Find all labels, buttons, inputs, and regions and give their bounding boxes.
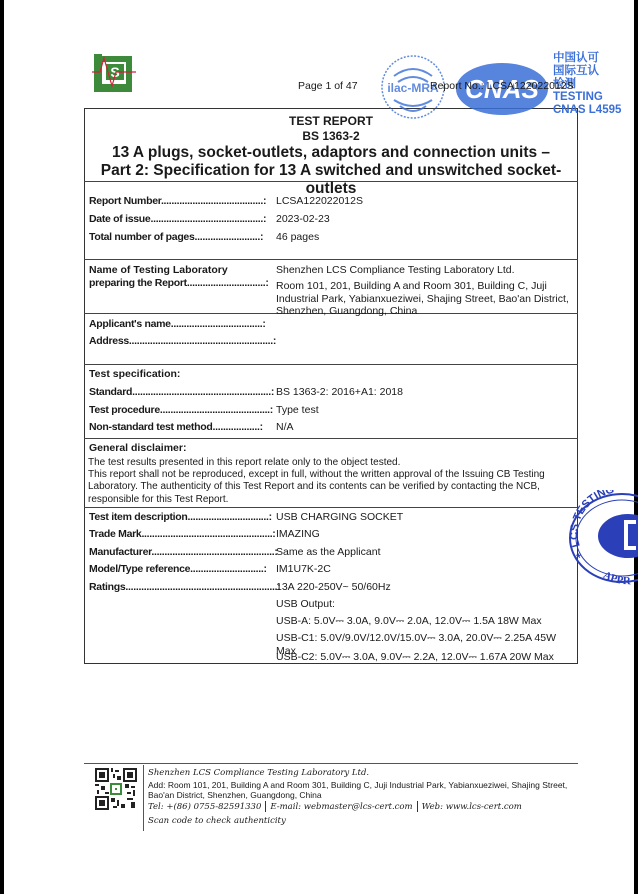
scan-edge-right	[634, 0, 638, 894]
test-item-value: USB CHARGING SOCKET	[276, 511, 403, 523]
test-item-label: Test item description...................…	[89, 511, 272, 523]
manufacturer-value: Same as the Applicant	[276, 546, 380, 558]
standard-value: BS 1363-2: 2016+A1: 2018	[276, 386, 403, 398]
model-label: Model/Type reference....................…	[89, 563, 267, 575]
lcs-logo-icon: S	[92, 52, 136, 94]
svg-text:*: *	[576, 551, 581, 565]
test-procedure-label: Test procedure..........................…	[89, 404, 273, 416]
test-spec-heading: Test specification:	[89, 368, 180, 380]
footer-contacts: Tel: +(86) 0755-82591330E-mail: webmaste…	[148, 801, 522, 812]
disclaimer-heading: General disclaimer:	[89, 442, 186, 454]
trade-mark-value: IMAZING	[276, 528, 320, 540]
address-label: Address.................................…	[89, 335, 276, 347]
report-number-label: Report Number...........................…	[89, 195, 266, 207]
usb-output-heading: USB Output:	[276, 598, 335, 610]
divider	[84, 259, 578, 260]
date-of-issue-value: 2023-02-23	[276, 213, 330, 225]
date-of-issue-label: Date of issue...........................…	[89, 213, 266, 225]
lab-preparing-label: preparing the Report....................…	[89, 277, 269, 289]
lcs-approval-stamp-icon: LCS TESTING APPR *	[566, 490, 638, 586]
disclaimer-line1: The test results presented in this repor…	[88, 457, 574, 469]
cn-accredited: 中国认可	[553, 52, 621, 65]
footer-separator	[143, 765, 144, 831]
ratings-label: Ratings.................................…	[89, 581, 280, 593]
footer-company: Shenzhen LCS Compliance Testing Laborato…	[148, 768, 369, 778]
lab-name-label: Name of Testing Laboratory	[89, 264, 228, 276]
report-number-header: Report No.: LCSA122022012S	[430, 80, 574, 92]
usb-c2-rating: USB-C2: 5.0V⎓ 3.0A, 9.0V⎓ 2.2A, 12.0V⎓ 1…	[276, 651, 554, 664]
non-standard-method-label: Non-standard test method................…	[89, 421, 263, 433]
footer-scan-note: Scan code to check authenticity	[148, 816, 286, 826]
model-value: IM1U7K-2C	[276, 563, 331, 575]
total-pages-label: Total number of pages...................…	[89, 231, 263, 243]
applicant-name-label: Applicant's name........................…	[89, 318, 266, 330]
contact-separator	[265, 801, 266, 812]
disclaimer-body: This report shall not be reproduced, exc…	[88, 469, 574, 506]
manufacturer-label: Manufacturer............................…	[89, 546, 278, 558]
trade-mark-label: Trade Mark..............................…	[89, 528, 276, 540]
standard-label: Standard................................…	[89, 386, 274, 398]
divider	[84, 438, 578, 439]
cnas-number: CNAS L4595	[553, 104, 621, 117]
footer-tel: Tel: +(86) 0755-82591330	[148, 802, 261, 812]
footer-divider	[84, 763, 578, 764]
ratings-value: 13A 220-250V~ 50/60Hz	[276, 581, 391, 593]
usb-a-rating: USB-A: 5.0V⎓ 3.0A, 9.0V⎓ 2.0A, 12.0V⎓ 1.…	[276, 615, 542, 628]
cn-mutual-recognition: 国际互认	[553, 65, 621, 78]
scan-edge-left	[0, 0, 4, 894]
divider	[84, 364, 578, 365]
lab-name-value: Shenzhen LCS Compliance Testing Laborato…	[276, 264, 515, 276]
svg-text:APPR: APPR	[601, 569, 632, 586]
divider	[84, 507, 578, 508]
footer-address-line2: Bao'an District, Shenzhen, Guangdong, Ch…	[148, 790, 322, 800]
test-procedure-value: Type test	[276, 404, 319, 416]
non-standard-method-value: N/A	[276, 421, 294, 433]
standard-title: 13 A plugs, socket-outlets, adaptors and…	[84, 144, 578, 162]
contact-separator	[417, 801, 418, 812]
testing-label: TESTING	[553, 91, 621, 104]
standard-code: BS 1363-2	[84, 129, 578, 143]
total-pages-value: 46 pages	[276, 231, 319, 243]
footer-address-line1: Add: Room 101, 201, Building A and Room …	[148, 780, 567, 790]
footer-email[interactable]: E-mail: webmaster@lcs-cert.com	[270, 802, 412, 812]
footer-web[interactable]: Web: www.lcs-cert.com	[422, 802, 522, 812]
lab-address-value: Room 101, 201, Building A and Room 301, …	[276, 280, 572, 318]
page-number: Page 1 of 47	[298, 80, 358, 92]
report-number-value: LCSA122022012S	[276, 195, 363, 207]
qr-code-icon[interactable]	[95, 768, 137, 810]
standard-subtitle: Part 2: Specification for 13 A switched …	[84, 162, 578, 198]
